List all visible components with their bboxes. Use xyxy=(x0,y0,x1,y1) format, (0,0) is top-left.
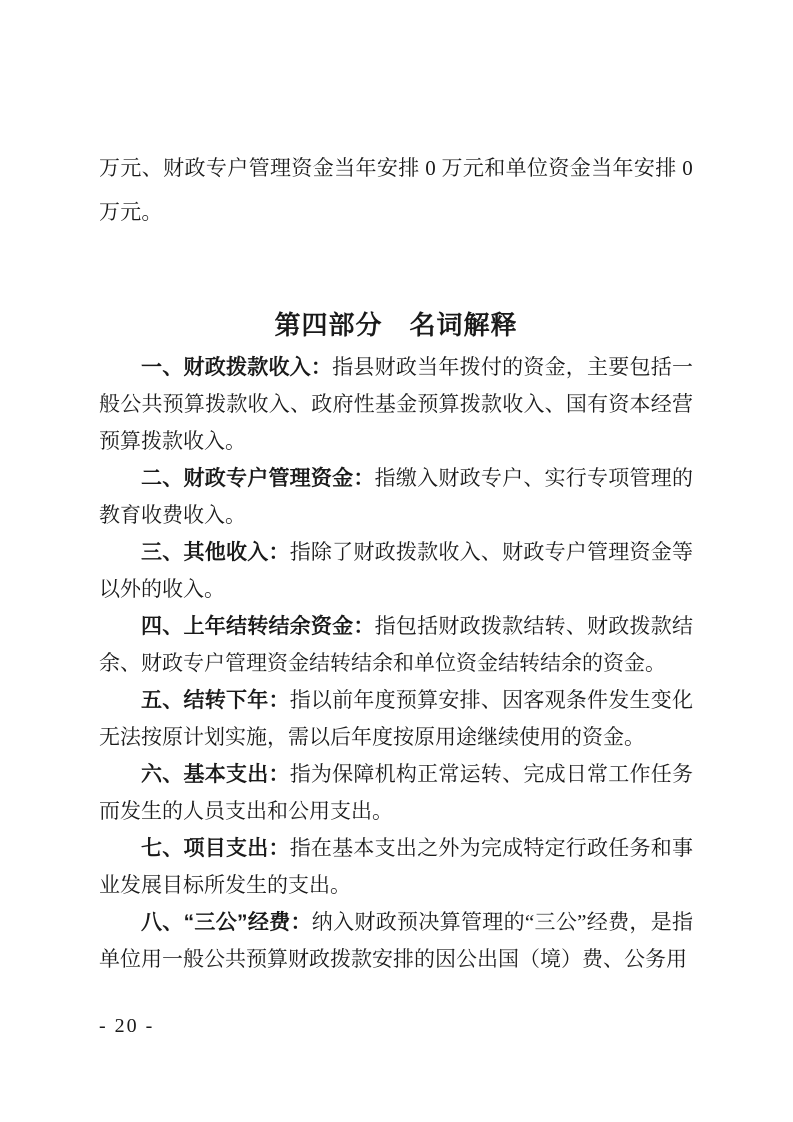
page-content: 万元、财政专户管理资金当年安排 0 万元和单位资金当年安排 0 万元。 第四部分… xyxy=(99,0,693,978)
definition-term: 四、上年结转结余资金： xyxy=(141,615,375,638)
definition-term: 七、项目支出： xyxy=(141,837,290,860)
definition-item: 三、其他收入：指除了财政拨款收入、财政专户管理资金等以外的收入。 xyxy=(99,534,693,608)
definition-item: 五、结转下年：指以前年度预算安排、因客观条件发生变化无法按原计划实施，需以后年度… xyxy=(99,682,693,756)
definition-item: 四、上年结转结余资金：指包括财政拨款结转、财政拨款结余、财政专户管理资金结转结余… xyxy=(99,608,693,682)
definition-item: 七、项目支出：指在基本支出之外为完成特定行政任务和事业发展目标所发生的支出。 xyxy=(99,830,693,904)
section-heading: 第四部分 名词解释 xyxy=(99,305,693,345)
definition-item: 一、财政拨款收入：指县财政当年拨付的资金，主要包括一般公共预算拨款收入、政府性基… xyxy=(99,349,693,460)
definition-term: 八、“三公”经费： xyxy=(141,911,312,934)
definition-term: 三、其他收入： xyxy=(141,541,290,564)
definition-term: 一、财政拨款收入： xyxy=(141,356,332,379)
intro-paragraph: 万元、财政专户管理资金当年安排 0 万元和单位资金当年安排 0 万元。 xyxy=(99,146,693,234)
definition-term: 六、基本支出： xyxy=(141,763,290,786)
page-number: - 20 - xyxy=(99,1016,154,1036)
definition-item: 二、财政专户管理资金：指缴入财政专户、实行专项管理的教育收费收入。 xyxy=(99,460,693,534)
document-page: 万元、财政专户管理资金当年安排 0 万元和单位资金当年安排 0 万元。 第四部分… xyxy=(0,0,793,1122)
definition-term: 五、结转下年： xyxy=(141,689,290,712)
definition-item: 八、“三公”经费：纳入财政预决算管理的“三公”经费，是指单位用一般公共预算财政拨… xyxy=(99,904,693,978)
definition-term: 二、财政专户管理资金： xyxy=(141,467,375,490)
definition-item: 六、基本支出：指为保障机构正常运转、完成日常工作任务而发生的人员支出和公用支出。 xyxy=(99,756,693,830)
definitions-list: 一、财政拨款收入：指县财政当年拨付的资金，主要包括一般公共预算拨款收入、政府性基… xyxy=(99,349,693,978)
